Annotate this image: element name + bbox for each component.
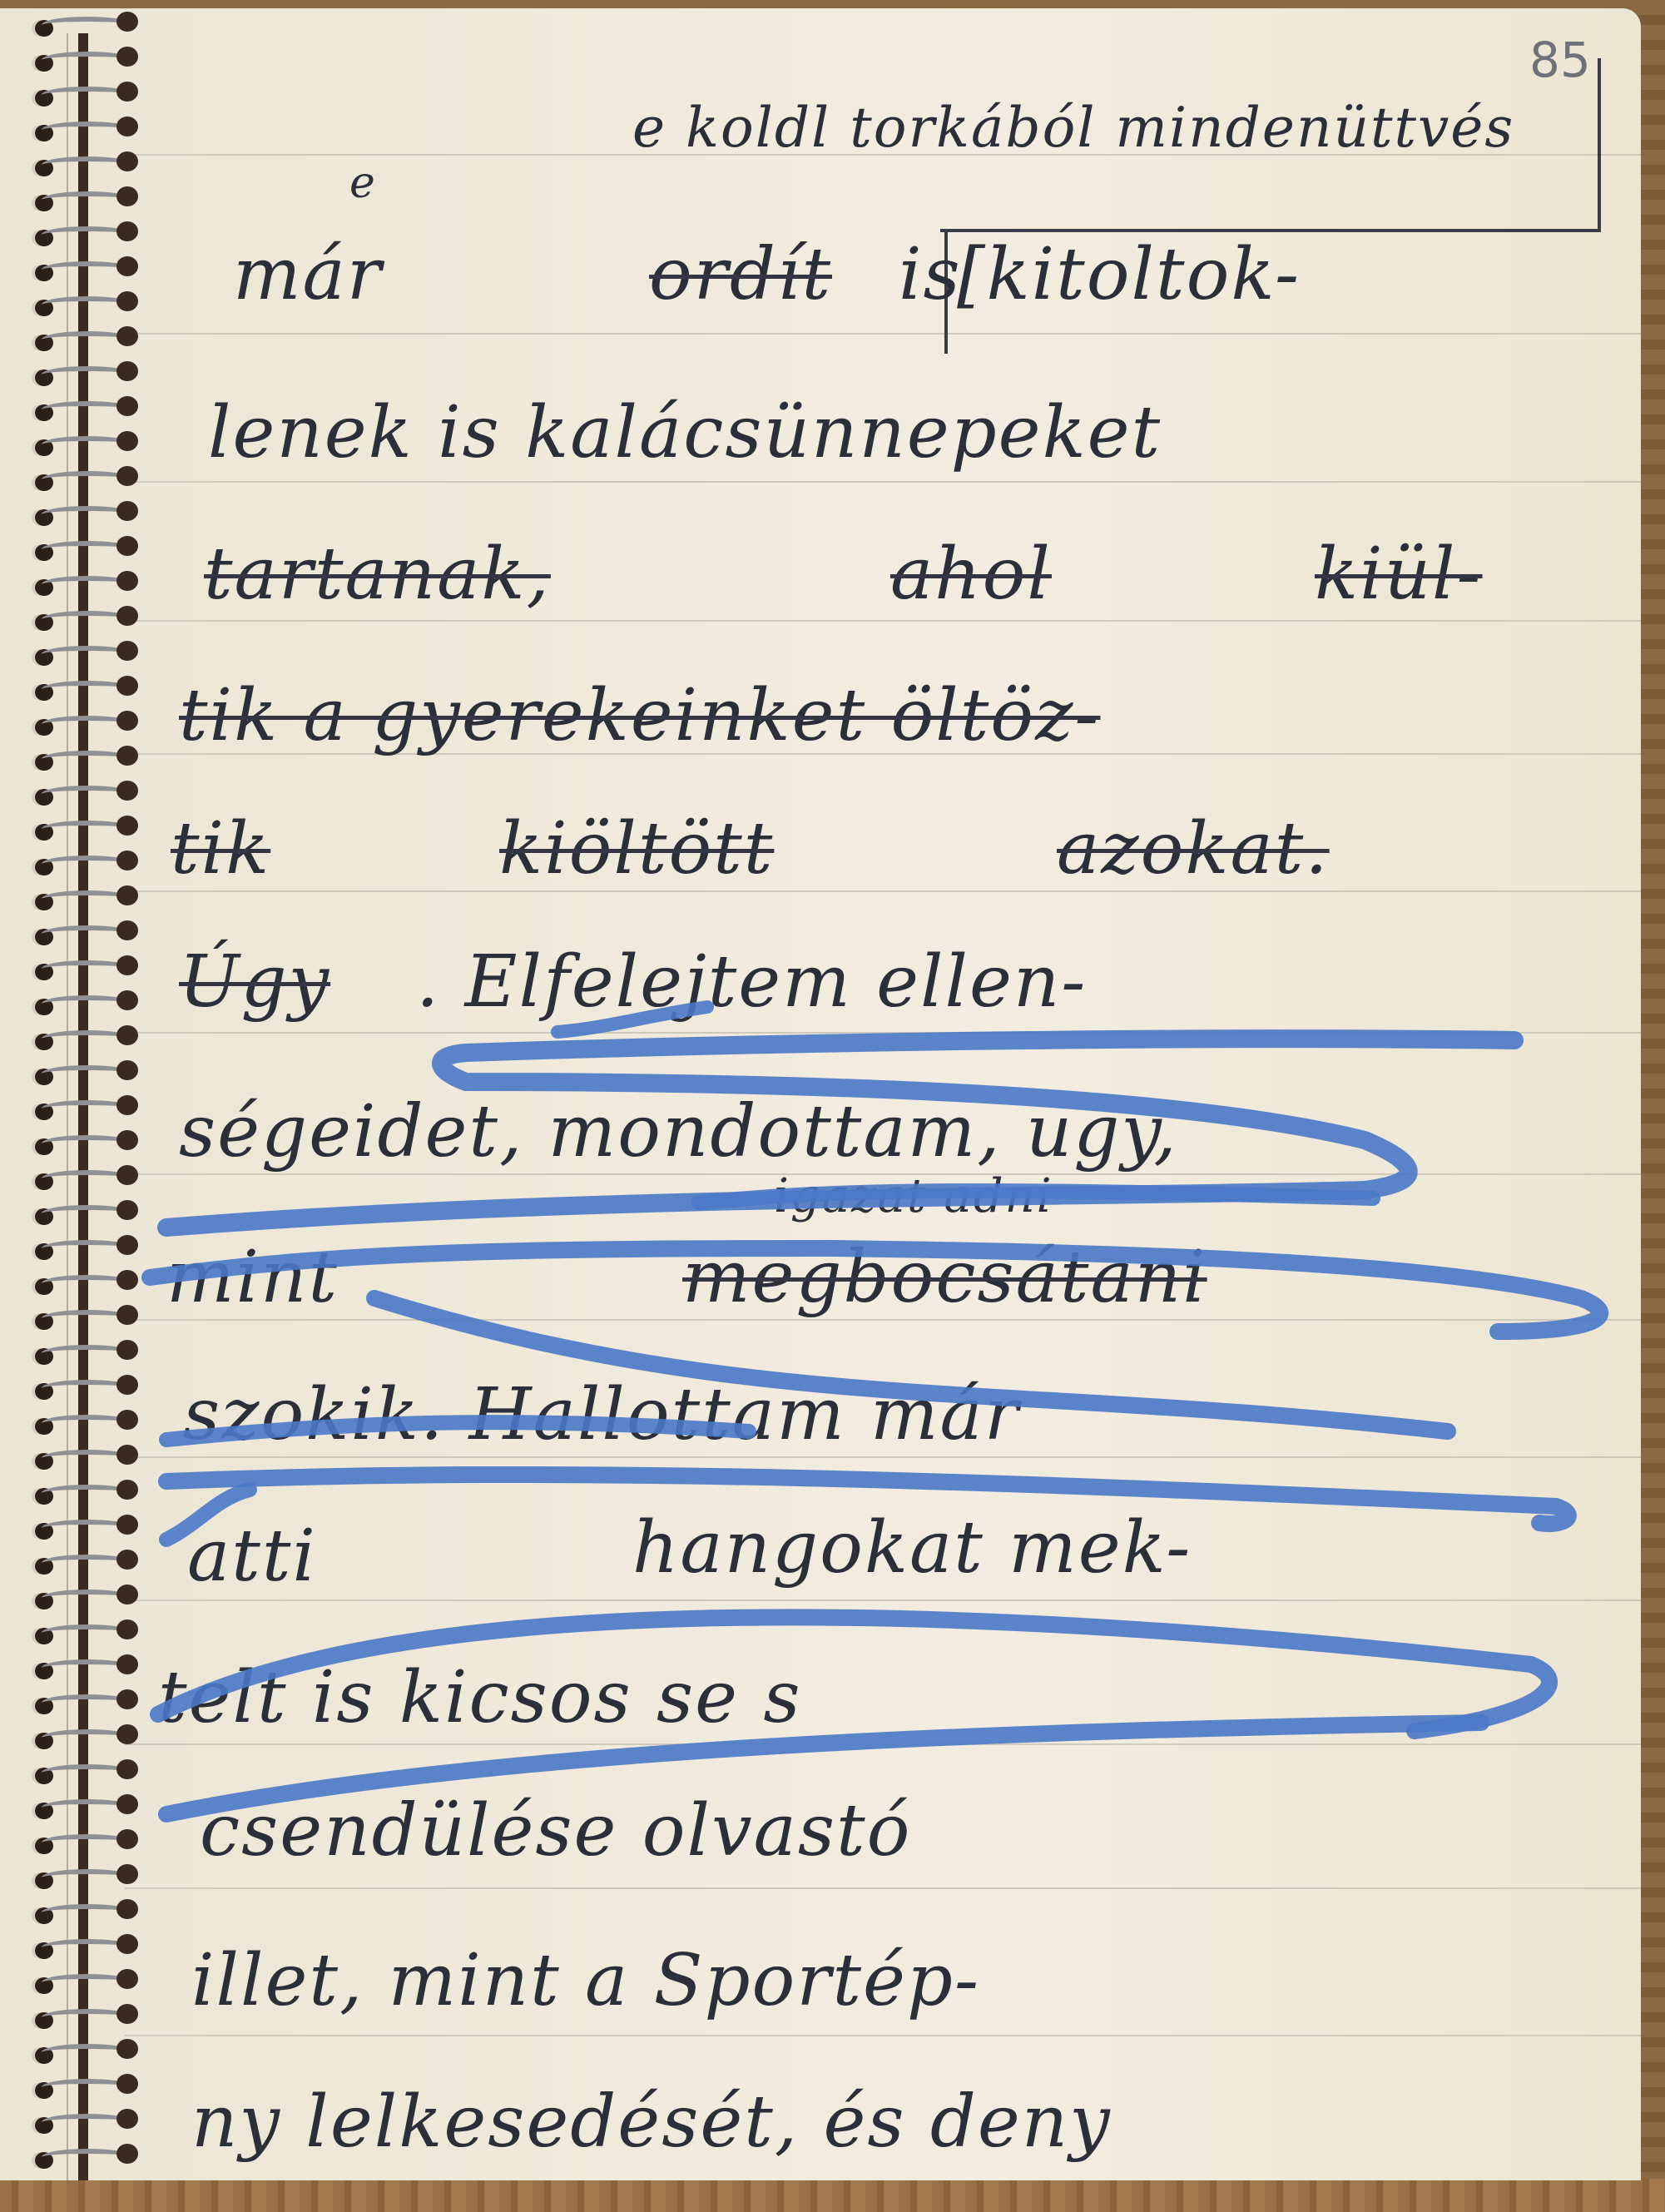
spiral-ring — [18, 925, 143, 944]
handwritten-line: ny lelkesedését, és deny — [191, 2081, 1112, 2164]
punch-hole — [116, 47, 138, 67]
spiral-ring — [18, 821, 143, 839]
word: mint — [166, 1236, 339, 1319]
handwritten-line: . Elfelejtem ellen- — [416, 940, 1087, 1024]
punch-hole — [116, 676, 138, 696]
wooden-table-right — [1638, 0, 1665, 2212]
ruled-line — [125, 2035, 1641, 2036]
spiral-ring — [18, 890, 143, 909]
spiral-ring — [18, 2114, 143, 2132]
spiral-ring — [18, 1380, 143, 1398]
punch-hole — [116, 1759, 138, 1779]
punch-hole — [116, 1025, 138, 1045]
spiral-ring — [18, 401, 143, 419]
spiral-ring — [18, 1974, 143, 1992]
punch-hole — [116, 1165, 138, 1185]
punch-hole — [116, 431, 138, 451]
punch-hole — [116, 641, 138, 661]
punch-hole — [116, 955, 138, 975]
punch-hole — [116, 151, 138, 171]
spiral-ring — [18, 52, 143, 70]
ruled-line — [125, 1032, 1641, 1034]
punch-hole — [116, 1794, 138, 1814]
punch-hole — [116, 851, 138, 870]
punch-hole — [116, 816, 138, 836]
punch-hole — [116, 711, 138, 731]
punch-hole — [116, 1515, 138, 1535]
spiral-ring — [18, 1904, 143, 1922]
interlinear-insertion: igazat adni — [774, 1169, 1053, 1223]
spiral-ring — [18, 471, 143, 489]
punch-hole — [116, 606, 138, 626]
punch-hole — [116, 1130, 138, 1150]
ruled-line — [125, 620, 1641, 622]
punch-hole — [116, 82, 138, 102]
spiral-ring — [18, 261, 143, 280]
ruled-line — [125, 481, 1641, 483]
spiral-ring — [18, 1729, 143, 1748]
spiral-ring — [18, 2149, 143, 2167]
struck-word: megbocsátani — [682, 1236, 1207, 1319]
handwritten-line: hangokat mek- — [632, 1506, 1192, 1590]
spiral-ring — [18, 856, 143, 874]
spiral-ring — [18, 1869, 143, 1887]
spiral-ring — [18, 995, 143, 1014]
struck-word: ahol — [890, 533, 1052, 616]
punch-hole — [116, 396, 138, 416]
spiral-ring — [18, 87, 143, 105]
struck-word: Úgy — [179, 940, 330, 1024]
punch-hole — [116, 1060, 138, 1080]
punch-hole — [116, 1410, 138, 1430]
spiral-ring — [18, 1520, 143, 1538]
spiral-ring — [18, 1135, 143, 1153]
punch-hole — [116, 291, 138, 311]
punch-hole — [116, 12, 138, 32]
struck-line: tik a gyerekeinket öltöz- — [179, 674, 1100, 757]
punch-hole — [116, 1829, 138, 1849]
spiral-ring — [18, 1590, 143, 1608]
ruled-line — [125, 1887, 1641, 1889]
spiral-ring — [18, 541, 143, 559]
spiral-ring — [18, 1764, 143, 1783]
spiral-binding — [0, 0, 150, 2172]
punch-hole — [116, 1619, 138, 1639]
spiral-ring — [18, 436, 143, 454]
ruled-line — [125, 1599, 1641, 1601]
word: már — [233, 233, 383, 316]
spiral-ring — [18, 1555, 143, 1573]
ruled-line — [125, 890, 1641, 892]
handwritten-line: telt is kicsos se s — [158, 1656, 802, 1739]
punch-hole — [116, 1724, 138, 1744]
spiral-ring — [18, 786, 143, 804]
struck-word: tartanak, — [204, 533, 551, 616]
punch-hole — [116, 885, 138, 905]
punch-hole — [116, 2109, 138, 2129]
punch-hole — [116, 1095, 138, 1115]
word: is — [899, 233, 962, 316]
punch-hole — [116, 256, 138, 276]
word: atti — [187, 1515, 317, 1598]
struck-word: kiül- — [1315, 533, 1483, 616]
punch-hole — [116, 746, 138, 766]
spiral-ring — [18, 296, 143, 315]
punch-hole — [116, 186, 138, 206]
spiral-ring — [18, 1939, 143, 1957]
spiral-ring — [18, 156, 143, 175]
punch-hole — [116, 781, 138, 801]
spiral-ring — [18, 1834, 143, 1852]
punch-hole — [116, 1340, 138, 1360]
insertion-bracket — [940, 58, 1601, 232]
spiral-ring — [18, 1310, 143, 1328]
punch-hole — [116, 1934, 138, 1954]
handwritten-line: lenek is kalácsünnepeket — [208, 391, 1162, 474]
insertion-e: e — [349, 158, 377, 208]
spiral-ring — [18, 1275, 143, 1293]
spiral-ring — [18, 191, 143, 210]
spiral-ring — [18, 331, 143, 350]
punch-hole — [116, 2039, 138, 2059]
punch-hole — [116, 1550, 138, 1570]
handwritten-line: szokik. Hallottam már — [183, 1373, 1020, 1456]
spiral-ring — [18, 2009, 143, 2027]
punch-hole — [116, 117, 138, 136]
spiral-ring — [18, 122, 143, 140]
ruled-line — [125, 1319, 1641, 1321]
spiral-ring — [18, 1415, 143, 1433]
punch-hole — [116, 1305, 138, 1325]
spiral-ring — [18, 646, 143, 664]
punch-hole — [116, 466, 138, 486]
wooden-table-bottom — [0, 2179, 1665, 2212]
ruled-line — [125, 1743, 1641, 1745]
spiral-ring — [18, 716, 143, 734]
punch-hole — [116, 1969, 138, 1989]
spiral-ring — [18, 366, 143, 384]
handwritten-line: ségeidet, mondottam, ugy, — [179, 1090, 1178, 1173]
spiral-ring — [18, 1240, 143, 1258]
punch-hole — [116, 1585, 138, 1604]
ruled-line — [125, 333, 1641, 335]
struck-word: azokat. — [1057, 807, 1330, 890]
spiral-ring — [18, 576, 143, 594]
spiral-ring — [18, 1694, 143, 1713]
spiral-ring — [18, 1799, 143, 1818]
struck-word: ordít — [649, 233, 832, 316]
punch-hole — [116, 1235, 138, 1255]
ruled-line — [125, 1456, 1641, 1458]
spiral-ring — [18, 17, 143, 35]
punch-hole — [116, 571, 138, 591]
punch-hole — [116, 1445, 138, 1465]
handwritten-line: illet, mint a Sportép- — [191, 1939, 980, 2022]
struck-word: tik — [171, 807, 270, 890]
punch-hole — [116, 501, 138, 521]
spiral-ring — [18, 2079, 143, 2097]
handwritten-line: csendülése olvastó — [200, 1789, 911, 1872]
spiral-ring — [18, 226, 143, 245]
spiral-ring — [18, 1345, 143, 1363]
punch-hole — [116, 1200, 138, 1220]
punch-hole — [116, 1375, 138, 1395]
spiral-ring — [18, 1030, 143, 1049]
punch-hole — [116, 1654, 138, 1674]
spiral-ring — [18, 1065, 143, 1084]
spiral-ring — [18, 1624, 143, 1643]
punch-hole — [116, 1899, 138, 1919]
word: [kitoltok- — [957, 233, 1301, 316]
punch-hole — [116, 1480, 138, 1500]
punch-hole — [116, 221, 138, 241]
spiral-ring — [18, 506, 143, 524]
spiral-ring — [18, 1170, 143, 1188]
spiral-ring — [18, 681, 143, 699]
spiral-ring — [18, 960, 143, 979]
spiral-ring — [18, 2044, 143, 2062]
punch-hole — [116, 2074, 138, 2094]
spiral-ring — [18, 1100, 143, 1118]
punch-hole — [116, 326, 138, 346]
spiral-ring — [18, 1205, 143, 1223]
punch-hole — [116, 1270, 138, 1290]
spiral-ring — [18, 1659, 143, 1678]
spiral-ring — [18, 611, 143, 629]
punch-hole — [116, 536, 138, 556]
notebook-page: 85 e e koldl torkából mindenüttvés már o… — [0, 8, 1641, 2180]
spiral-ring — [18, 1450, 143, 1468]
punch-hole — [116, 990, 138, 1010]
punch-hole — [116, 920, 138, 940]
punch-hole — [116, 1689, 138, 1709]
spiral-ring — [18, 1485, 143, 1503]
punch-hole — [116, 1864, 138, 1884]
punch-hole — [116, 2144, 138, 2164]
spiral-ring — [18, 751, 143, 769]
punch-hole — [116, 361, 138, 381]
struck-word: kiöltött — [499, 807, 774, 890]
punch-hole — [116, 2004, 138, 2024]
